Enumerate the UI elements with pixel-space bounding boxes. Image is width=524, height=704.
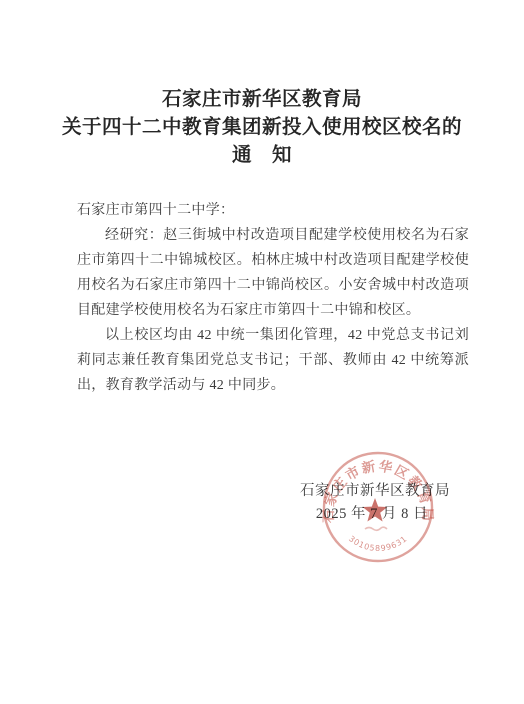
document-title: 石家庄市新华区教育局 关于四十二中教育集团新投入使用校区校名的 通 知: [0, 86, 524, 170]
issue-date: 2025 年 7 月 8 日: [316, 502, 428, 523]
title-subject-line: 关于四十二中教育集团新投入使用校区校名的: [0, 114, 524, 142]
recipient-line: 石家庄市第四十二中学：: [77, 198, 469, 223]
seal-inner-mark: [365, 527, 387, 530]
body-paragraph-1: 经研究：赵三街城中村改造项目配建学校使用校名为石家庄市第四十二中锦城校区。柏林庄…: [77, 223, 469, 323]
issuer-signature: 石家庄市新华区教育局: [300, 479, 450, 500]
title-org-line: 石家庄市新华区教育局: [0, 86, 524, 114]
body-paragraph-2: 以上校区均由 42 中统一集团化管理，42 中党总支书记刘莉同志兼任教育集团党总…: [77, 323, 469, 398]
title-notice-line: 通 知: [0, 142, 524, 170]
document-body: 石家庄市第四十二中学： 经研究：赵三街城中村改造项目配建学校使用校名为石家庄市第…: [77, 198, 469, 398]
document-page: 石家庄市新华区教育局 关于四十二中教育集团新投入使用校区校名的 通 知 石家庄市…: [0, 0, 524, 704]
